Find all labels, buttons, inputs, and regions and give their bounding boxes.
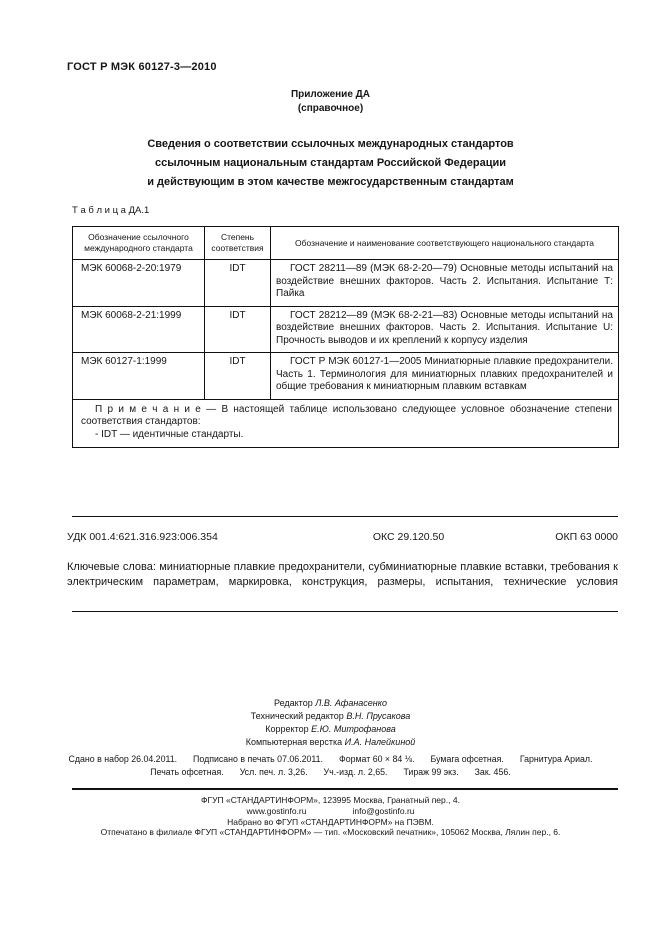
page-title-line: ссылочным национальным стандартам Россий… [0, 154, 661, 173]
staff-name: И.А. Налейкиной [345, 737, 416, 747]
print-info-item: Тираж 99 экз. [403, 766, 458, 779]
cell-description: ГОСТ 28211—89 (МЭК 68-2-20—79) Основные … [271, 260, 619, 307]
udk-code: УДК 001.4:621.316.923:006.354 [67, 531, 218, 543]
staff-role: Корректор [265, 724, 308, 734]
column-header-description: Обозначение и наименование соответствующ… [271, 227, 619, 260]
page-title-line: Сведения о соответствии ссылочных междун… [0, 135, 661, 154]
keywords-paragraph: Ключевые слова: миниатюрные плавкие пред… [67, 560, 618, 590]
print-info-line: Печать офсетная. Усл. печ. л. 3,26. Уч.-… [55, 766, 606, 779]
print-info-item: Бумага офсетная. [431, 753, 504, 766]
okp-code: ОКП 63 0000 [555, 531, 618, 543]
publisher-email: info@gostinfo.ru [352, 806, 414, 817]
cell-description: ГОСТ Р МЭК 60127-1—2005 Миниатюрные плав… [271, 353, 619, 400]
print-info-item: Уч.-изд. л. 2,65. [324, 766, 388, 779]
table-row: МЭК 60127-1:1999 IDT ГОСТ Р МЭК 60127-1—… [73, 353, 619, 400]
note-item: - IDT — идентичные стандарты. [81, 429, 612, 442]
print-info-item: Зак. 456. [475, 766, 511, 779]
staff-role: Технический редактор [251, 711, 344, 721]
table-note: П р и м е ч а н и е — В настоящей таблиц… [73, 399, 619, 448]
staff-line: Технический редактор В.Н. Прусакова [0, 710, 661, 723]
appendix-subtitle: (справочное) [0, 102, 661, 116]
print-info-block: Сдано в набор 26.04.2011. Подписано в пе… [55, 753, 606, 779]
staff-line: Корректор Е.Ю. Митрофанова [0, 723, 661, 736]
cell-standard: МЭК 60068-2-20:1979 [73, 260, 205, 307]
staff-role: Редактор [274, 698, 313, 708]
cell-standard: МЭК 60127-1:1999 [73, 353, 205, 400]
publisher-block: ФГУП «СТАНДАРТИНФОРМ», 123995 Москва, Гр… [0, 795, 661, 838]
cell-degree: IDT [205, 353, 271, 400]
appendix-heading: Приложение ДА (справочное) [0, 88, 661, 116]
staff-line: Редактор Л.В. Афанасенко [0, 697, 661, 710]
cell-degree: IDT [205, 306, 271, 353]
print-info-item: Подписано в печать 07.06.2011. [193, 753, 323, 766]
divider [72, 611, 618, 612]
staff-line: Компьютерная верстка И.А. Налейкиной [0, 736, 661, 749]
print-info-item: Сдано в набор 26.04.2011. [69, 753, 178, 766]
cell-degree: IDT [205, 260, 271, 307]
table-row: МЭК 60068-2-20:1979 IDT ГОСТ 28211—89 (М… [73, 260, 619, 307]
print-info-item: Гарнитура Ариал. [520, 753, 593, 766]
publisher-website: www.gostinfo.ru [246, 806, 306, 817]
print-info-line: Сдано в набор 26.04.2011. Подписано в пе… [55, 753, 606, 766]
page-title: Сведения о соответствии ссылочных междун… [0, 135, 661, 192]
print-info-item: Усл. печ. л. 3,26. [240, 766, 308, 779]
publisher-address: ФГУП «СТАНДАРТИНФОРМ», 123995 Москва, Гр… [0, 795, 661, 806]
table-row: МЭК 60068-2-21:1999 IDT ГОСТ 28212—89 (М… [73, 306, 619, 353]
cell-description: ГОСТ 28212—89 (МЭК 68-2-21—83) Основные … [271, 306, 619, 353]
cell-standard: МЭК 60068-2-21:1999 [73, 306, 205, 353]
staff-block: Редактор Л.В. Афанасенко Технический ред… [0, 697, 661, 749]
column-header-degree: Степень соответствия [205, 227, 271, 260]
staff-name: В.Н. Прусакова [346, 711, 410, 721]
document-page: ГОСТ Р МЭК 60127-3—2010 Приложение ДА (с… [0, 0, 661, 936]
doc-code: ГОСТ Р МЭК 60127-3—2010 [67, 61, 217, 73]
divider [72, 516, 618, 517]
appendix-title: Приложение ДА [0, 88, 661, 102]
publisher-contacts: www.gostinfo.ru info@gostinfo.ru [0, 806, 661, 817]
column-header-standard: Обозначение ссылочного международного ст… [73, 227, 205, 260]
table-header-row: Обозначение ссылочного международного ст… [73, 227, 619, 260]
print-info-item: Печать офсетная. [150, 766, 223, 779]
note-intro: П р и м е ч а н и е — В настоящей таблиц… [81, 404, 612, 429]
publisher-print-note: Отпечатано в филиале ФГУП «СТАНДАРТИНФОР… [0, 827, 661, 838]
oks-code: ОКС 29.120.50 [373, 531, 444, 543]
publisher-typeset-note: Набрано во ФГУП «СТАНДАРТИНФОРМ» на ПЭВМ… [0, 817, 661, 828]
classification-codes: УДК 001.4:621.316.923:006.354 ОКС 29.120… [67, 531, 618, 543]
print-info-item: Формат 60 × 84 ⅛. [339, 753, 415, 766]
staff-role: Компьютерная верстка [246, 737, 342, 747]
table-label: Т а б л и ц а ДА.1 [72, 205, 149, 216]
table-note-row: П р и м е ч а н и е — В настоящей таблиц… [73, 399, 619, 448]
staff-name: Л.В. Афанасенко [315, 698, 387, 708]
standards-table: Обозначение ссылочного международного ст… [72, 226, 619, 448]
staff-name: Е.Ю. Митрофанова [311, 724, 396, 734]
divider [72, 788, 618, 790]
page-title-line: и действующим в этом качестве межгосудар… [0, 173, 661, 192]
